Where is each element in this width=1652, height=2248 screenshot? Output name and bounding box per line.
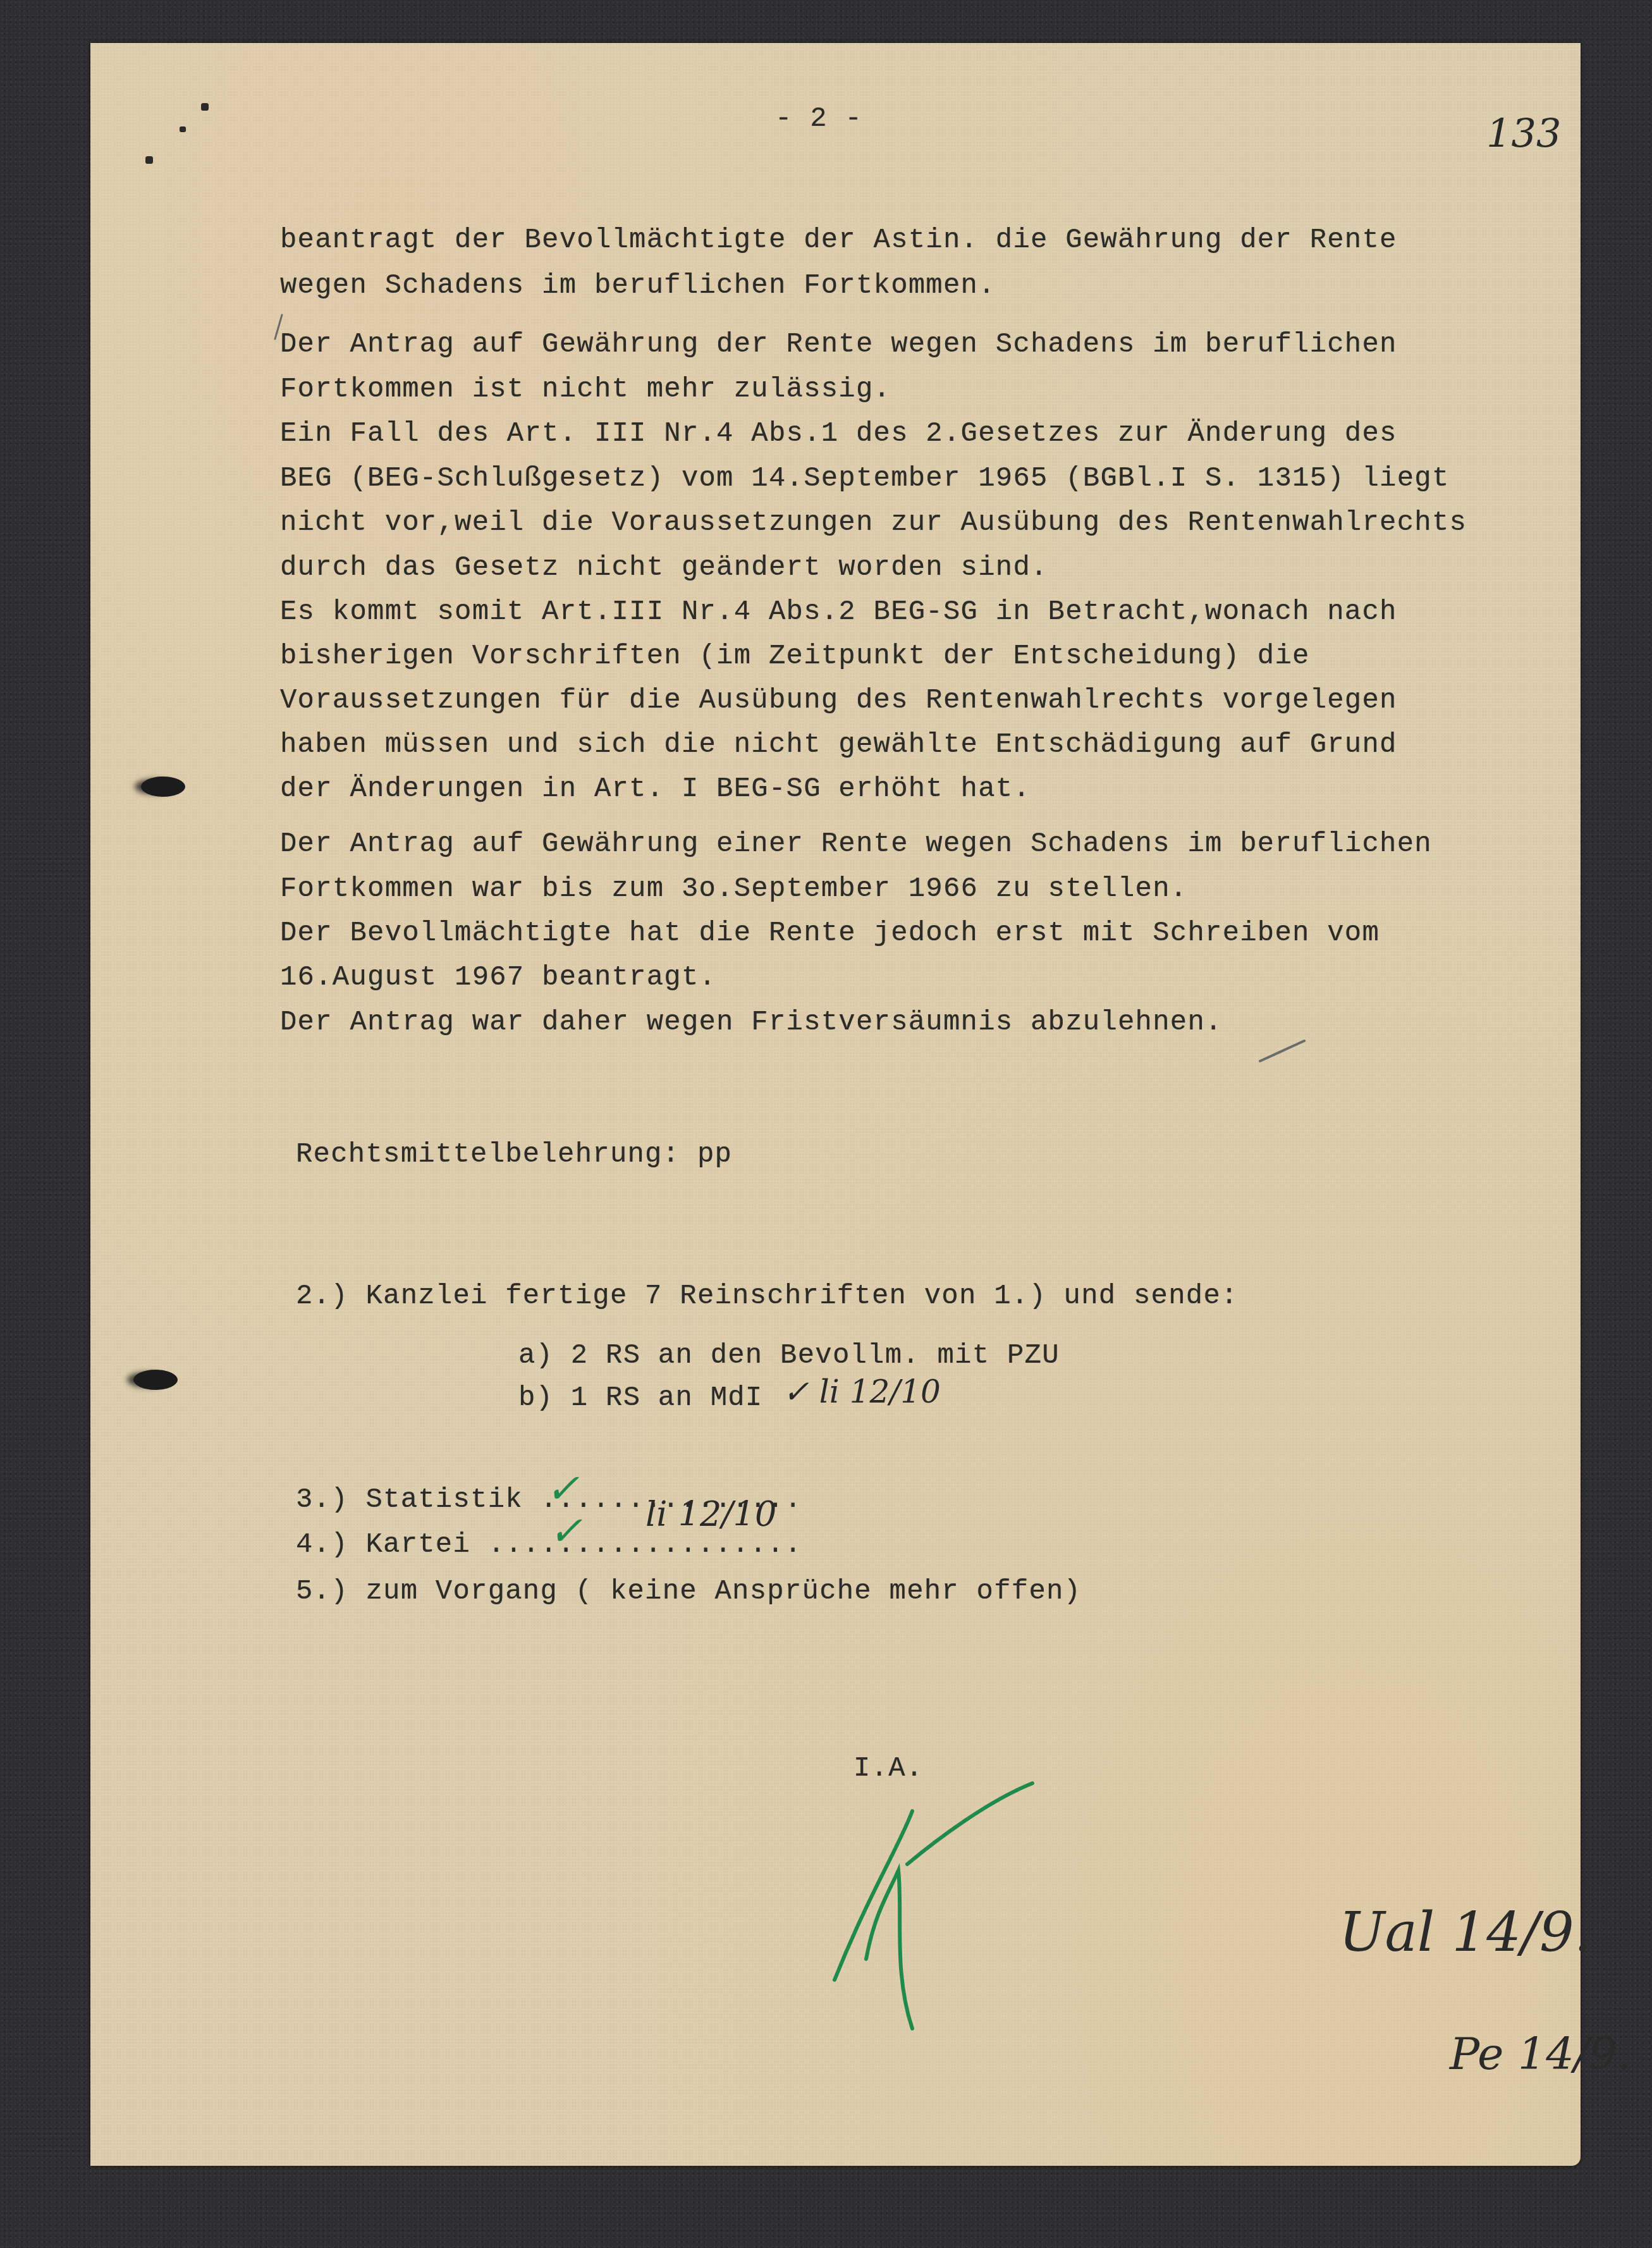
document-page: - 2 - 133 beantragt der Bevollmächtigte … xyxy=(90,43,1581,2166)
instruction-item-2: 2.) Kanzlei fertige 7 Reinschriften von … xyxy=(296,1282,1239,1310)
body-line: haben müssen und sich die nicht gewählte… xyxy=(280,731,1397,759)
handwritten-2b-mark: ✓ li 12/10 xyxy=(783,1376,941,1408)
handwritten-4-check: ✓ xyxy=(549,1511,583,1552)
paper-speck xyxy=(180,126,186,132)
folio-number: 133 xyxy=(1486,114,1561,153)
body-line: Voraussetzungen für die Ausübung des Ren… xyxy=(280,687,1397,715)
body-line: bisherigen Vorschriften (im Zeitpunkt de… xyxy=(280,642,1310,670)
handwriting-strokes xyxy=(90,43,1581,2166)
green-signature-icon xyxy=(835,1783,1032,2029)
signature-prefix: I.A. xyxy=(854,1755,923,1783)
pencil-note-upper: Ual 14/9. xyxy=(1339,1905,1591,1960)
body-line: der Änderungen in Art. I BEG-SG erhöht h… xyxy=(280,775,1031,803)
body-line: Es kommt somit Art.III Nr.4 Abs.2 BEG-SG… xyxy=(280,598,1397,626)
paper-speck xyxy=(201,103,209,111)
body-line: Der Antrag auf Gewährung der Rente wegen… xyxy=(280,331,1397,359)
instruction-item-2a: a) 2 RS an den Bevollm. mit PZU xyxy=(518,1342,1060,1370)
body-line: Der Antrag auf Gewährung einer Rente weg… xyxy=(280,830,1432,858)
body-line: durch das Gesetz nicht geändert worden s… xyxy=(280,554,1048,582)
handwritten-3-check: ✓ xyxy=(546,1469,580,1509)
body-line: wegen Schadens im beruflichen Fortkommen… xyxy=(280,272,996,300)
body-line: Fortkommen war bis zum 3o.September 1966… xyxy=(280,875,1187,903)
body-line: beantragt der Bevollmächtigte der Astin.… xyxy=(280,226,1397,254)
body-line: 16.August 1967 beantragt. xyxy=(280,964,716,992)
body-line: Fortkommen ist nicht mehr zulässig. xyxy=(280,376,891,403)
body-line: BEG (BEG-Schlußgesetz) vom 14.September … xyxy=(280,465,1450,493)
paper-speck xyxy=(145,156,153,164)
handwritten-initials-date: li 12/10 xyxy=(646,1497,776,1532)
pencil-note-lower: Pe 14/9. xyxy=(1450,2032,1631,2076)
body-line: Ein Fall des Art. III Nr.4 Abs.1 des 2.G… xyxy=(280,420,1397,448)
instruction-item-5: 5.) zum Vorgang ( keine Ansprüche mehr o… xyxy=(296,1578,1081,1606)
margin-tick-icon xyxy=(1260,1041,1304,1061)
instruction-item-2b: b) 1 RS an MdI xyxy=(518,1384,762,1412)
hole-punch-lower xyxy=(133,1370,178,1390)
body-line: Der Antrag war daher wegen Fristversäumn… xyxy=(280,1009,1223,1036)
page-marker: - 2 - xyxy=(775,105,862,133)
body-line: nicht vor,weil die Voraussetzungen zur A… xyxy=(280,509,1467,537)
body-line: Der Bevollmächtigte hat die Rente jedoch… xyxy=(280,919,1380,947)
hole-punch-upper xyxy=(141,777,185,797)
legal-remedy-note: Rechtsmittelbelehrung: pp xyxy=(296,1141,732,1169)
